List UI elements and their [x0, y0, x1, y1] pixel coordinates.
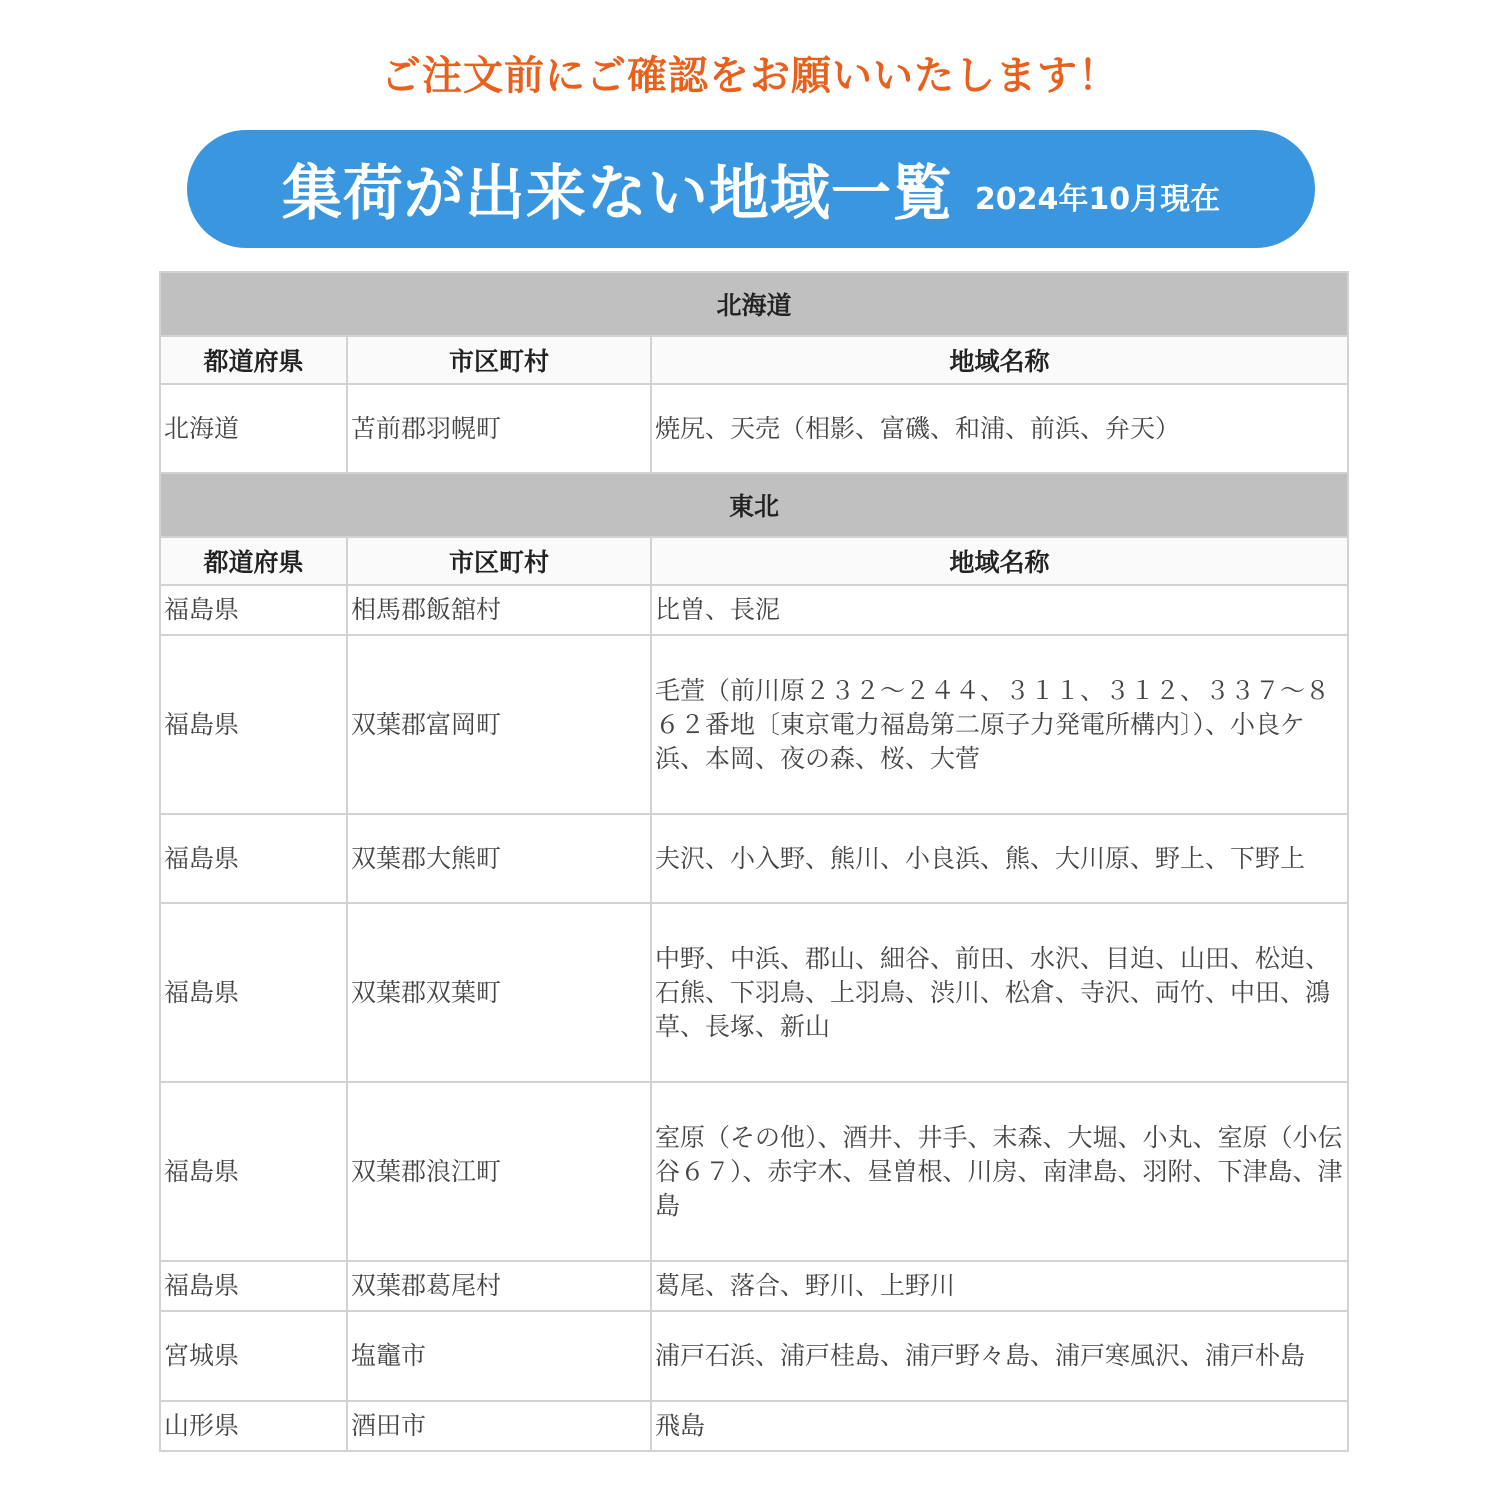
- area-name-cell: 飛島: [651, 1401, 1348, 1451]
- area-name-cell: 中野、中浜、郡山、細谷、前田、水沢、目迫、山田、松迫、石熊、下羽鳥、上羽鳥、渋川…: [651, 903, 1348, 1082]
- area-name-cell: 葛尾、落合、野川、上野川: [651, 1261, 1348, 1311]
- section-header: 北海道: [160, 272, 1348, 336]
- table-row: 福島県双葉郡富岡町毛萱（前川原２３２～２４４、３１１、３１２、３３７～８６２番地…: [160, 635, 1348, 814]
- prefecture-cell: 宮城県: [160, 1311, 347, 1401]
- column-header: 都道府県: [160, 336, 347, 384]
- table-row: 福島県双葉郡大熊町夫沢、小入野、熊川、小良浜、熊、大川原、野上、下野上: [160, 814, 1348, 903]
- municipality-cell: 苫前郡羽幌町: [347, 384, 651, 473]
- column-header: 都道府県: [160, 537, 347, 585]
- municipality-cell: 双葉郡大熊町: [347, 814, 651, 903]
- municipality-cell: 双葉郡富岡町: [347, 635, 651, 814]
- prefecture-cell: 福島県: [160, 585, 347, 635]
- area-name-cell: 毛萱（前川原２３２～２４４、３１１、３１２、３３７～８６２番地〔東京電力福島第二…: [651, 635, 1348, 814]
- prefecture-cell: 福島県: [160, 635, 347, 814]
- column-header: 地域名称: [651, 537, 1348, 585]
- table-row: 福島県相馬郡飯舘村比曽、長泥: [160, 585, 1348, 635]
- municipality-cell: 相馬郡飯舘村: [347, 585, 651, 635]
- municipality-cell: 双葉郡浪江町: [347, 1082, 651, 1261]
- table-row: 山形県酒田市飛島: [160, 1401, 1348, 1451]
- area-name-cell: 焼尻、天売（相影、富磯、和浦、前浜、弁天）: [651, 384, 1348, 473]
- area-name-cell: 比曽、長泥: [651, 585, 1348, 635]
- municipality-cell: 双葉郡葛尾村: [347, 1261, 651, 1311]
- as-of-date: 2024年10月現在: [975, 174, 1220, 218]
- area-name-cell: 夫沢、小入野、熊川、小良浜、熊、大川原、野上、下野上: [651, 814, 1348, 903]
- prefecture-cell: 福島県: [160, 814, 347, 903]
- page-title: 集荷が出来ない地域一覧: [282, 146, 953, 232]
- table-row: 福島県双葉郡双葉町中野、中浜、郡山、細谷、前田、水沢、目迫、山田、松迫、石熊、下…: [160, 903, 1348, 1082]
- table-row: 福島県双葉郡葛尾村葛尾、落合、野川、上野川: [160, 1261, 1348, 1311]
- table-row: 福島県双葉郡浪江町室原（その他）、酒井、井手、末森、大堀、小丸、室原（小伝谷６７…: [160, 1082, 1348, 1261]
- prefecture-cell: 福島県: [160, 1082, 347, 1261]
- area-name-cell: 室原（その他）、酒井、井手、末森、大堀、小丸、室原（小伝谷６７）、赤宇木、昼曽根…: [651, 1082, 1348, 1261]
- column-header: 市区町村: [347, 336, 651, 384]
- title-banner: 集荷が出来ない地域一覧 2024年10月現在: [187, 130, 1315, 248]
- prefecture-cell: 福島県: [160, 903, 347, 1082]
- prefecture-cell: 北海道: [160, 384, 347, 473]
- notice-heading: ご注文前にご確認をお願いいたします！: [0, 44, 1500, 101]
- prefecture-cell: 福島県: [160, 1261, 347, 1311]
- municipality-cell: 酒田市: [347, 1401, 651, 1451]
- municipality-cell: 双葉郡双葉町: [347, 903, 651, 1082]
- prefecture-cell: 山形県: [160, 1401, 347, 1451]
- column-header: 市区町村: [347, 537, 651, 585]
- column-header: 地域名称: [651, 336, 1348, 384]
- section-header: 東北: [160, 473, 1348, 537]
- municipality-cell: 塩竈市: [347, 1311, 651, 1401]
- area-name-cell: 浦戸石浜、浦戸桂島、浦戸野々島、浦戸寒風沢、浦戸朴島: [651, 1311, 1348, 1401]
- table-row: 北海道苫前郡羽幌町焼尻、天売（相影、富磯、和浦、前浜、弁天）: [160, 384, 1348, 473]
- excluded-areas-table: 北海道都道府県市区町村地域名称北海道苫前郡羽幌町焼尻、天売（相影、富磯、和浦、前…: [159, 271, 1349, 1452]
- table-row: 宮城県塩竈市浦戸石浜、浦戸桂島、浦戸野々島、浦戸寒風沢、浦戸朴島: [160, 1311, 1348, 1401]
